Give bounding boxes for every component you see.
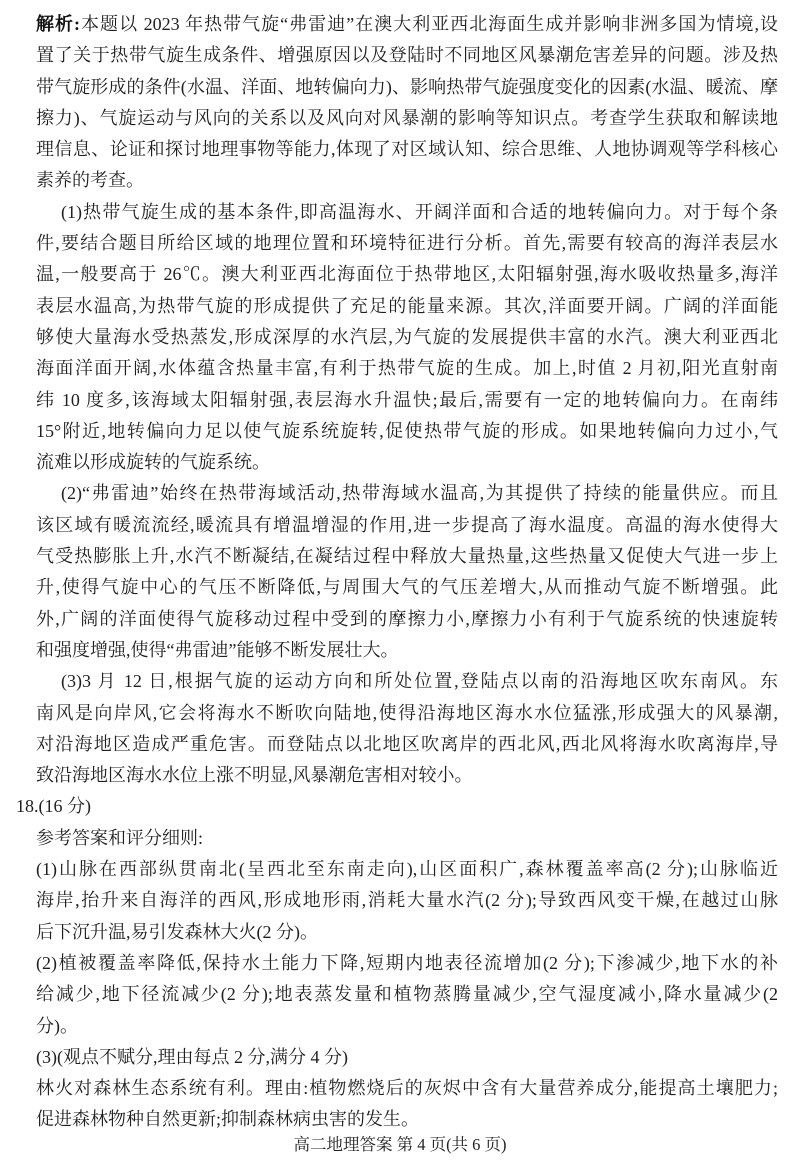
text-line: 温,一般要高于 26℃。澳大利亚西北海面位于热带地区,太阳辐射强,海水吸收热量多… bbox=[36, 259, 778, 290]
text-line: 分)。 bbox=[36, 1011, 778, 1042]
text-line: 表层水温高,为热带气旋的形成提供了充足的能量来源。其次,洋面要开阔。广阔的洋面能 bbox=[36, 291, 778, 322]
text-line: 置了关于热带气旋生成条件、增强原因以及登陆时不同地区风暴潮危害差异的问题。涉及热 bbox=[36, 40, 778, 71]
text-line: (3)(观点不赋分,理由每点 2 分,满分 4 分) bbox=[36, 1042, 778, 1073]
text-line: 解析:本题以 2023 年热带气旋“弗雷迪”在澳大利亚西北海面生成并影响非洲多国… bbox=[36, 9, 778, 40]
text-line: 流难以形成旋转的气旋系统。 bbox=[36, 447, 778, 478]
text-line: 理信息、论证和探讨地理事物等能力,体现了对区域认知、综合思维、人地协调观等学科核… bbox=[36, 134, 778, 165]
question-number-line: 18.(16 分) bbox=[16, 791, 778, 822]
text-line: 素养的考查。 bbox=[36, 165, 778, 196]
analysis-label: 解析: bbox=[36, 14, 80, 34]
page-footer: 高二地理答案 第 4 页(共 6 页) bbox=[0, 1132, 800, 1158]
text-line: 纬 10 度多,该海域太阳辐射强,表层海水升温快;最后,需要有一定的地转偏向力。… bbox=[36, 385, 778, 416]
text-line: 海岸,抬升来自海洋的西风,形成地形雨,消耗大量水汽(2 分);导致西风变干燥,在… bbox=[36, 885, 778, 916]
text-line: 致沿海地区海水水位上涨不明显,风暴潮危害相对较小。 bbox=[36, 760, 778, 791]
text-line: 后下沉升温,易引发森林大火(2 分)。 bbox=[36, 917, 778, 948]
text-line: 海面洋面开阔,水体蕴含热量丰富,有利于热带气旋的生成。加上,时值 2 月初,阳光… bbox=[36, 353, 778, 384]
text-line: 林火对森林生态系统有利。理由:植物燃烧后的灰烬中含有大量营养成分,能提高土壤肥力… bbox=[36, 1073, 778, 1104]
text-line: 气受热膨胀上升,水汽不断凝结,在凝结过程中释放大量热量,这些热量又促使大气进一步… bbox=[36, 541, 778, 572]
text-line: 擦力)、气旋运动与风向的关系以及风向对风暴潮的影响等知识点。考查学生获取和解读地 bbox=[36, 103, 778, 134]
text-line: (2)植被覆盖率降低,保持水土能力下降,短期内地表径流增加(2 分);下渗减少,… bbox=[36, 948, 778, 979]
text-line-content: 本题以 2023 年热带气旋“弗雷迪”在澳大利亚西北海面生成并影响非洲多国为情境… bbox=[80, 14, 778, 34]
text-line: 够使大量海水受热蒸发,形成深厚的水汽层,为气旋的发展提供丰富的水汽。澳大利亚西北 bbox=[36, 322, 778, 353]
text-line: 给减少,地下径流减少(2 分);地表蒸发量和植物蒸腾量减少,空气湿度减小,降水量… bbox=[36, 979, 778, 1010]
document-body: 解析:本题以 2023 年热带气旋“弗雷迪”在澳大利亚西北海面生成并影响非洲多国… bbox=[36, 9, 778, 1136]
answer-key-page: 解析:本题以 2023 年热带气旋“弗雷迪”在澳大利亚西北海面生成并影响非洲多国… bbox=[0, 0, 800, 1174]
text-line: (2)“弗雷迪”始终在热带海域活动,热带海域水温高,为其提供了持续的能量供应。而… bbox=[36, 478, 778, 509]
text-line: 对沿海地区造成严重危害。而登陆点以北地区吹离岸的西北风,西北风将海水吹离海岸,导 bbox=[36, 729, 778, 760]
text-line: 15°附近,地转偏向力足以使气旋系统旋转,促使热带气旋的形成。如果地转偏向力过小… bbox=[36, 416, 778, 447]
text-line: 促进森林物种自然更新;抑制森林病虫害的发生。 bbox=[36, 1104, 778, 1135]
text-line: 和强度增强,使得“弗雷迪”能够不断发展壮大。 bbox=[36, 635, 778, 666]
text-line: 外,广阔的洋面使得气旋移动过程中受到的摩擦力小,摩擦力小有利于气旋系统的快速旋转 bbox=[36, 604, 778, 635]
text-line: 升,使得气旋中心的气压不断降低,与周围大气的气压差增大,从而推动气旋不断增强。此 bbox=[36, 572, 778, 603]
text-line: (1)热带气旋生成的基本条件,即高温海水、开阔洋面和合适的地转偏向力。对于每个条 bbox=[36, 197, 778, 228]
text-line: 带气旋形成的条件(水温、洋面、地转偏向力)、影响热带气旋强度变化的因素(水温、暖… bbox=[36, 72, 778, 103]
text-line: 南风是向岸风,它会将海水不断吹向陆地,使得沿海地区海水水位猛涨,形成强大的风暴潮… bbox=[36, 698, 778, 729]
text-line: (1)山脉在西部纵贯南北(呈西北至东南走向),山区面积广,森林覆盖率高(2 分)… bbox=[36, 854, 778, 885]
text-line: (3)3 月 12 日,根据气旋的运动方向和所处位置,登陆点以南的沿海地区吹东南… bbox=[36, 666, 778, 697]
text-line: 参考答案和评分细则: bbox=[36, 823, 778, 854]
text-line: 件,要结合题目所给区域的地理位置和环境特征进行分析。首先,需要有较高的海洋表层水 bbox=[36, 228, 778, 259]
text-line: 该区域有暖流流经,暖流具有增温增湿的作用,进一步提高了海水温度。高温的海水使得大 bbox=[36, 510, 778, 541]
